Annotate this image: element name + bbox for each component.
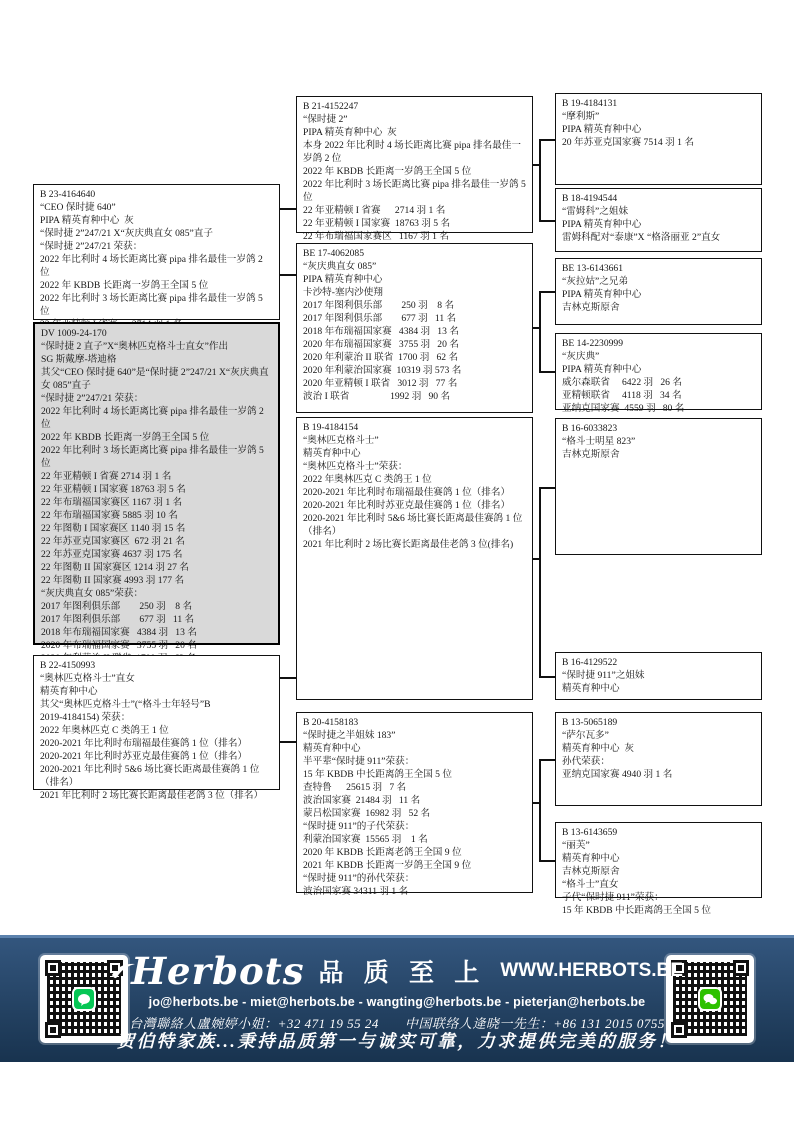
pedigree-connector <box>280 274 296 276</box>
qr-finder-icon <box>733 960 749 976</box>
pedigree-connector <box>280 677 296 679</box>
pedigree-box-sire-dam-sire: BE 13-6143661 “灰拉姑”之兄弟 PIPA 精英育种中心 吉林克斯原… <box>555 258 762 325</box>
herbots-logo-text: Herbots <box>131 949 304 993</box>
pedigree-box-dam-sire: B 19-4184154 “奥林匹克格斗士” 精英育种中心 “奥林匹克格斗士”荣… <box>296 417 533 700</box>
pedigree-box-sire-dam-sire-text: BE 13-6143661 “灰拉姑”之兄弟 PIPA 精英育种中心 吉林克斯原… <box>556 259 761 316</box>
footer-center: Herbots 品 质 至 上 WWW.HERBOTS.BE jo@herbot… <box>132 948 662 1032</box>
pedigree-box-dam: B 22-4150993 “奥林匹克格斗士”直女 精英育种中心 其父“奥林匹克格… <box>33 655 280 790</box>
pedigree-box-dam-sire-sire-text: B 16-6033823 “格斗士明星 823” 吉林克斯原舍 <box>556 419 761 463</box>
brand-quality-text: 品 质 至 上 <box>319 953 487 989</box>
pedigree-connector <box>539 759 541 862</box>
pedigree-box-sire-dam-dam: BE 14-2230999 “灰庆典” PIPA 精英育种中心 威尔森联省 64… <box>555 333 762 410</box>
pedigree-connector <box>539 759 555 761</box>
pedigree-box-dam-dam: B 20-4158183 “保时捷之半姐妹 183” 精英育种中心 半平辈“保时… <box>296 712 533 893</box>
website-url: WWW.HERBOTS.BE <box>500 960 683 982</box>
pedigree-box-sire-dam-text: BE 17-4062085 “灰庆典直女 085” PIPA 精英育种中心 卡沙… <box>297 244 532 405</box>
pedigree-box-sire-sire-dam-text: B 18-4194544 “雷姆科”之姐妹 PIPA 精英育种中心 雷姆科配对“… <box>556 189 761 246</box>
pedigree-box-sire-sire-dam: B 18-4194544 “雷姆科”之姐妹 PIPA 精英育种中心 雷姆科配对“… <box>555 188 762 252</box>
pedigree-connector <box>539 371 555 373</box>
pedigree-connector <box>539 291 541 373</box>
line-icon <box>72 987 96 1011</box>
pedigree-connector <box>539 139 541 222</box>
pedigree-box-sire-sire-sire: B 19-4184131 “摩利斯” PIPA 精英育种中心 20 年苏亚克国家… <box>555 93 762 185</box>
pedigree-box-dam-sire-dam-text: B 16-4129522 “保时捷 911”之姐妹 精英育种中心 <box>556 653 761 697</box>
pedigree-box-sire-dam-dam-text: BE 14-2230999 “灰庆典” PIPA 精英育种中心 威尔森联省 64… <box>556 334 761 417</box>
pedigree-box-dam-sire-text: B 19-4184154 “奥林匹克格斗士” 精英育种中心 “奥林匹克格斗士”荣… <box>297 418 532 553</box>
pedigree-box-sire-sire-sire-text: B 19-4184131 “摩利斯” PIPA 精英育种中心 20 年苏亚克国家… <box>556 94 761 151</box>
pedigree-box-sire-sire-text: B 21-4152247 “保时捷 2” PIPA 精英育种中心 灰 本身 20… <box>297 97 532 258</box>
pedigree-connector <box>280 741 296 743</box>
pedigree-box-dam-dam-sire: B 13-5065189 “萨尔瓦多” 精英育种中心 灰 孙代荣获： 亚纳克国家… <box>555 712 762 806</box>
pedigree-box-dam-text: B 22-4150993 “奥林匹克格斗士”直女 精英育种中心 其父“奥林匹克格… <box>34 656 279 804</box>
pedigree-connector <box>539 487 541 678</box>
pedigree-connector <box>539 139 555 141</box>
pedigree-page: B 23-4164640 “CEO 保时捷 640” PIPA 精英育种中心 灰… <box>0 0 794 1123</box>
pedigree-box-subject-text: DV 1009-24-170 “保时捷 2 直子”X“奥林匹克格斗士直女”作出 … <box>35 324 278 693</box>
pedigree-box-sire-dam: BE 17-4062085 “灰庆典直女 085” PIPA 精英育种中心 卡沙… <box>296 243 533 413</box>
pedigree-box-dam-dam-dam: B 13-6143659 “丽芙” 精英育种中心 吉林克斯原舍 “格斗士”直女 … <box>555 822 762 898</box>
pedigree-box-dam-dam-text: B 20-4158183 “保时捷之半姐妹 183” 精英育种中心 半平辈“保时… <box>297 713 532 900</box>
pedigree-connector <box>539 860 555 862</box>
pedigree-connector <box>539 291 555 293</box>
pedigree-connector <box>539 220 555 222</box>
pedigree-box-dam-dam-dam-text: B 13-6143659 “丽芙” 精英育种中心 吉林克斯原舍 “格斗士”直女 … <box>556 823 761 919</box>
footer-banner: Herbots 品 质 至 上 WWW.HERBOTS.BE jo@herbot… <box>0 935 794 1062</box>
footer-slogan: 贺伯特家族...秉持品质第一与诚实可靠，力求提供完美的服务！ <box>0 1028 794 1053</box>
qr-finder-icon <box>45 960 61 976</box>
herbots-logo: Herbots <box>111 949 304 993</box>
wechat-icon <box>698 987 722 1011</box>
pedigree-connector <box>280 208 296 210</box>
pedigree-connector <box>539 487 555 489</box>
pedigree-box-dam-sire-sire: B 16-6033823 “格斗士明星 823” 吉林克斯原舍 <box>555 418 762 555</box>
pedigree-connector <box>539 676 555 678</box>
brand-row: Herbots 品 质 至 上 WWW.HERBOTS.BE <box>132 948 662 994</box>
pedigree-box-sire-sire: B 21-4152247 “保时捷 2” PIPA 精英育种中心 灰 本身 20… <box>296 96 533 233</box>
pedigree-box-dam-sire-dam: B 16-4129522 “保时捷 911”之姐妹 精英育种中心 <box>555 652 762 700</box>
pedigree-box-sire: B 23-4164640 “CEO 保时捷 640” PIPA 精英育种中心 灰… <box>33 184 280 320</box>
email-row: jo@herbots.be - miet@herbots.be - wangti… <box>132 995 662 1009</box>
pedigree-box-dam-dam-sire-text: B 13-5065189 “萨尔瓦多” 精英育种中心 灰 孙代荣获： 亚纳克国家… <box>556 713 761 783</box>
pedigree-box-subject: DV 1009-24-170 “保时捷 2 直子”X“奥林匹克格斗士直女”作出 … <box>33 322 280 645</box>
